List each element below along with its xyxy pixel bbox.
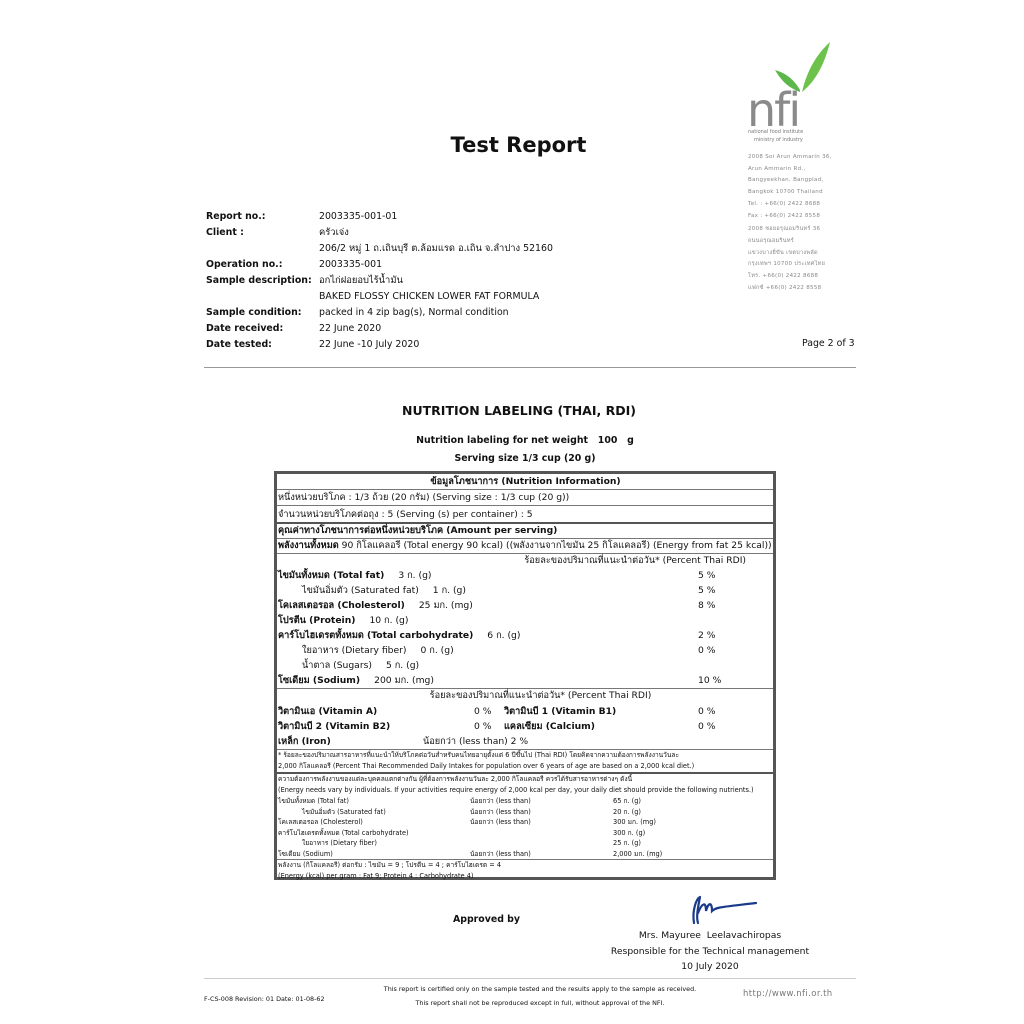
iron-label: เหล็ก (Iron) [278, 736, 331, 747]
meta-label: Sample description: [206, 275, 319, 286]
meta-label: Report no.: [206, 211, 319, 222]
approved-by-label: Approved by [453, 914, 520, 925]
meta-label: Client : [206, 227, 319, 238]
total-energy: พลังงานทั้งหมด 90 กิโลแคลอรี (Total ener… [278, 538, 773, 553]
dv-nutrient: โคเลสเตอรอล (Cholesterol) [278, 818, 363, 826]
meta-value: 2003335-001-01 [319, 211, 397, 222]
servings-per-container: จำนวนหน่วยบริโภคต่อถุง : 5 (Serving (s) … [278, 507, 773, 522]
meta-value: packed in 4 zip bag(s), Normal condition [319, 307, 509, 318]
dv-nutrient: ไขมันอิ่มตัว (Saturated fat) [278, 808, 386, 816]
nutrition-title: NUTRITION LABELING (THAI, RDI) [0, 403, 1024, 418]
daily-value-row: โซเดียม (Sodium)น้อยกว่า (less than)2,00… [278, 849, 773, 861]
energy-needs-en: (Energy needs vary by individuals. If yo… [278, 785, 773, 797]
meta-row: BAKED FLOSSY CHICKEN LOWER FAT FORMULA [206, 288, 553, 304]
nutrient-row: ใยอาหาร (Dietary fiber)0 ก. (g)0 % [278, 643, 773, 658]
meta-row: Sample condition:packed in 4 zip bag(s),… [206, 304, 553, 320]
energy-per-gram-en: (Energy (kcal) per gram : Fat 9; Protein… [278, 871, 773, 883]
meta-row: 206/2 หมู่ 1 ถ.เถินบุรี ต.ล้อมแรด อ.เถิน… [206, 240, 553, 256]
footer-notes: This report is certified only on the sam… [300, 982, 780, 1010]
energy-value: 90 กิโลแคลอรี (Total energy 90 kcal) ((พ… [339, 540, 772, 551]
serving-line: Serving size 1/3 cup (20 g) [0, 453, 1024, 464]
meta-row: Report no.:2003335-001-01 [206, 208, 553, 224]
nutrient-amount: 1 ก. (g) [433, 585, 466, 596]
meta-row: Sample description:อกไก่ฝอยอบไร้น้ำมัน [206, 272, 553, 288]
address-line: 2008 ซอยอรุณอมรินทร์ 36 [748, 224, 832, 236]
meta-label: Sample condition: [206, 307, 319, 318]
meta-row: Date received:22 June 2020 [206, 320, 553, 336]
meta-value: ครัวเจ่ง [319, 225, 349, 240]
meta-value: 206/2 หมู่ 1 ถ.เถินบุรี ต.ล้อมแรด อ.เถิน… [319, 241, 553, 256]
address-line: Arun Ammarin Rd., [748, 164, 832, 176]
footnote-2: 2,000 กิโลแคลอรี (Percent Thai Recommend… [278, 761, 773, 773]
nutrient-amount: 0 ก. (g) [420, 645, 453, 656]
nutrient-name: ใยอาหาร (Dietary fiber) [278, 645, 406, 656]
nutrient-row: ไขมันอิ่มตัว (Saturated fat)1 ก. (g)5 % [278, 583, 773, 598]
address-line: Fax : +66(0) 2422 8558 [748, 211, 832, 223]
meta-row: Operation no.:2003335-001 [206, 256, 553, 272]
vitamin-row: วิตามินบี 2 (Vitamin B2)0 %แคลเซียม (Cal… [278, 719, 773, 734]
rdi-header: ร้อยละของปริมาณที่แนะนำต่อวัน* (Percent … [278, 553, 773, 568]
nutrient-row: โคเลสเตอรอล (Cholesterol)25 มก. (mg)8 % [278, 598, 773, 613]
iron-value: น้อยกว่า (less than) 2 % [423, 734, 528, 749]
page-number: Page 2 of 3 [802, 338, 855, 349]
nutrient-row: น้ำตาล (Sugars)5 ก. (g) [278, 658, 773, 673]
dv-nutrient: ใยอาหาร (Dietary fiber) [278, 839, 377, 847]
signature [686, 893, 761, 932]
vitamin-name: วิตามินเอ (Vitamin A) [278, 706, 377, 717]
nutrient-row: โซเดียม (Sodium)200 มก. (mg)10 % [278, 673, 773, 688]
rdi-header-2: ร้อยละของปริมาณที่แนะนำต่อวัน* (Percent … [278, 688, 773, 703]
footer-note-2: This report shall not be reproduced exce… [300, 996, 780, 1010]
vitamin-name: แคลเซียม (Calcium) [504, 719, 595, 734]
nutrition-facts-box: ข้อมูลโภชนาการ (Nutrition Information) ห… [274, 471, 776, 880]
nutrient-name: โคเลสเตอรอล (Cholesterol) [278, 600, 405, 611]
energy-needs-th: ความต้องการพลังงานของแต่ละบุคคลแตกต่างกั… [278, 774, 773, 786]
vitamin-row: วิตามินเอ (Vitamin A)0 %วิตามินบี 1 (Vit… [278, 704, 773, 719]
signer-role: Responsible for the Technical management [560, 944, 860, 960]
meta-value: 22 June 2020 [319, 323, 381, 334]
divider [204, 367, 856, 368]
meta-value: 2003335-001 [319, 259, 382, 270]
nutrient-rdi-percent: 5 % [698, 583, 716, 598]
report-meta: Report no.:2003335-001-01Client :ครัวเจ่… [206, 208, 553, 352]
report-title: Test Report [0, 133, 1024, 157]
address-line: กรุงเทพฯ 10700 ประเทศไทย [748, 259, 832, 271]
footer-note-1: This report is certified only on the sam… [300, 982, 780, 996]
meta-label: Operation no.: [206, 259, 319, 270]
nutrient-name: คาร์โบไฮเดรตทั้งหมด (Total carbohydrate) [278, 630, 473, 641]
nutrient-name: โปรตีน (Protein) [278, 615, 355, 626]
nutrient-row: คาร์โบไฮเดรตทั้งหมด (Total carbohydrate)… [278, 628, 773, 643]
approval-date: 10 July 2020 [560, 959, 860, 975]
meta-value: 22 June -10 July 2020 [319, 339, 419, 350]
box-header: ข้อมูลโภชนาการ (Nutrition Information) [278, 474, 773, 489]
footer-divider [204, 978, 856, 979]
nutrient-rdi-percent: 5 % [698, 568, 716, 583]
nfi-logo: nfi [745, 40, 835, 135]
address-line: Bangyeekhan, Bangplad, [748, 175, 832, 187]
nutrient-rdi-percent: 0 % [698, 643, 716, 658]
nutrient-amount: 6 ก. (g) [487, 630, 520, 641]
dv-nutrient: คาร์โบไฮเดรตทั้งหมด (Total carbohydrate) [278, 829, 409, 837]
nutrient-amount: 5 ก. (g) [386, 660, 419, 671]
vitamin-percent: 0 % [474, 719, 492, 734]
energy-per-gram-th: พลังงาน (กิโลแคลอรี) ต่อกรัม : ไขมัน = 9… [278, 860, 773, 872]
nutrient-amount: 25 มก. (mg) [419, 600, 473, 611]
dv-qualifier: น้อยกว่า (less than) [470, 849, 531, 861]
meta-label: Date received: [206, 323, 319, 334]
nutrient-name: ไขมันอิ่มตัว (Saturated fat) [278, 585, 419, 596]
nutrient-name: ไขมันทั้งหมด (Total fat) [278, 570, 384, 581]
nutrient-amount: 200 มก. (mg) [374, 675, 434, 686]
iron-row: เหล็ก (Iron) น้อยกว่า (less than) 2 % [278, 734, 773, 749]
nutrient-amount: 10 ก. (g) [369, 615, 408, 626]
serving-size: หนึ่งหน่วยบริโภค : 1/3 ถ้วย (20 กรัม) (S… [278, 490, 773, 505]
meta-row: Client :ครัวเจ่ง [206, 224, 553, 240]
nutrient-row: ไขมันทั้งหมด (Total fat)3 ก. (g)5 % [278, 568, 773, 583]
vitamin-percent: 0 % [698, 719, 716, 734]
signer-block: Mrs. Mayuree Leelavachiropas Responsible… [560, 928, 860, 975]
meta-label: Date tested: [206, 339, 319, 350]
website-link[interactable]: http://www.nfi.or.th [743, 989, 833, 999]
meta-row: Date tested:22 June -10 July 2020 [206, 336, 553, 352]
meta-value: อกไก่ฝอยอบไร้น้ำมัน [319, 273, 403, 288]
amount-per-serving: คุณค่าทางโภชนาการต่อหนึ่งหน่วยบริโภค (Am… [278, 523, 773, 538]
address-line: แฟกซ์ +66(0) 2422 8558 [748, 283, 832, 295]
nutrient-amount: 3 ก. (g) [398, 570, 431, 581]
vitamin-name: วิตามินบี 1 (Vitamin B1) [504, 704, 616, 719]
dv-value: 2,000 มก. (mg) [613, 849, 662, 861]
vitamin-name: วิตามินบี 2 (Vitamin B2) [278, 721, 390, 732]
meta-value: BAKED FLOSSY CHICKEN LOWER FAT FORMULA [319, 291, 539, 302]
nutrient-rdi-percent: 2 % [698, 628, 716, 643]
footnote-1: * ร้อยละของปริมาณสารอาหารที่แนะนำให้บริโ… [278, 750, 773, 762]
address-line: Bangkok 10700 Thailand [748, 187, 832, 199]
energy-label: พลังงานทั้งหมด [278, 540, 339, 551]
nutrient-name: น้ำตาล (Sugars) [278, 660, 372, 671]
nutrient-row: โปรตีน (Protein)10 ก. (g) [278, 613, 773, 628]
nutrient-name: โซเดียม (Sodium) [278, 675, 360, 686]
net-weight-line: Nutrition labeling for net weight 100 g [0, 435, 1024, 446]
vitamin-percent: 0 % [474, 704, 492, 719]
address-line: ถนนอรุณอมรินทร์ [748, 236, 832, 248]
dv-nutrient: โซเดียม (Sodium) [278, 850, 333, 858]
vitamin-percent: 0 % [698, 704, 716, 719]
dv-nutrient: ไขมันทั้งหมด (Total fat) [278, 797, 349, 805]
nutrient-rdi-percent: 10 % [698, 673, 721, 688]
nutrient-rdi-percent: 8 % [698, 598, 716, 613]
institute-address: 2008 Soi Arun Ammarin 36,Arun Ammarin Rd… [748, 152, 832, 294]
address-line: แขวงบางยี่ขัน เขตบางพลัด [748, 248, 832, 260]
signer-name: Mrs. Mayuree Leelavachiropas [560, 928, 860, 944]
address-line: โทร. +66(0) 2422 8688 [748, 271, 832, 283]
address-line: Tel. : +66(0) 2422 8688 [748, 199, 832, 211]
